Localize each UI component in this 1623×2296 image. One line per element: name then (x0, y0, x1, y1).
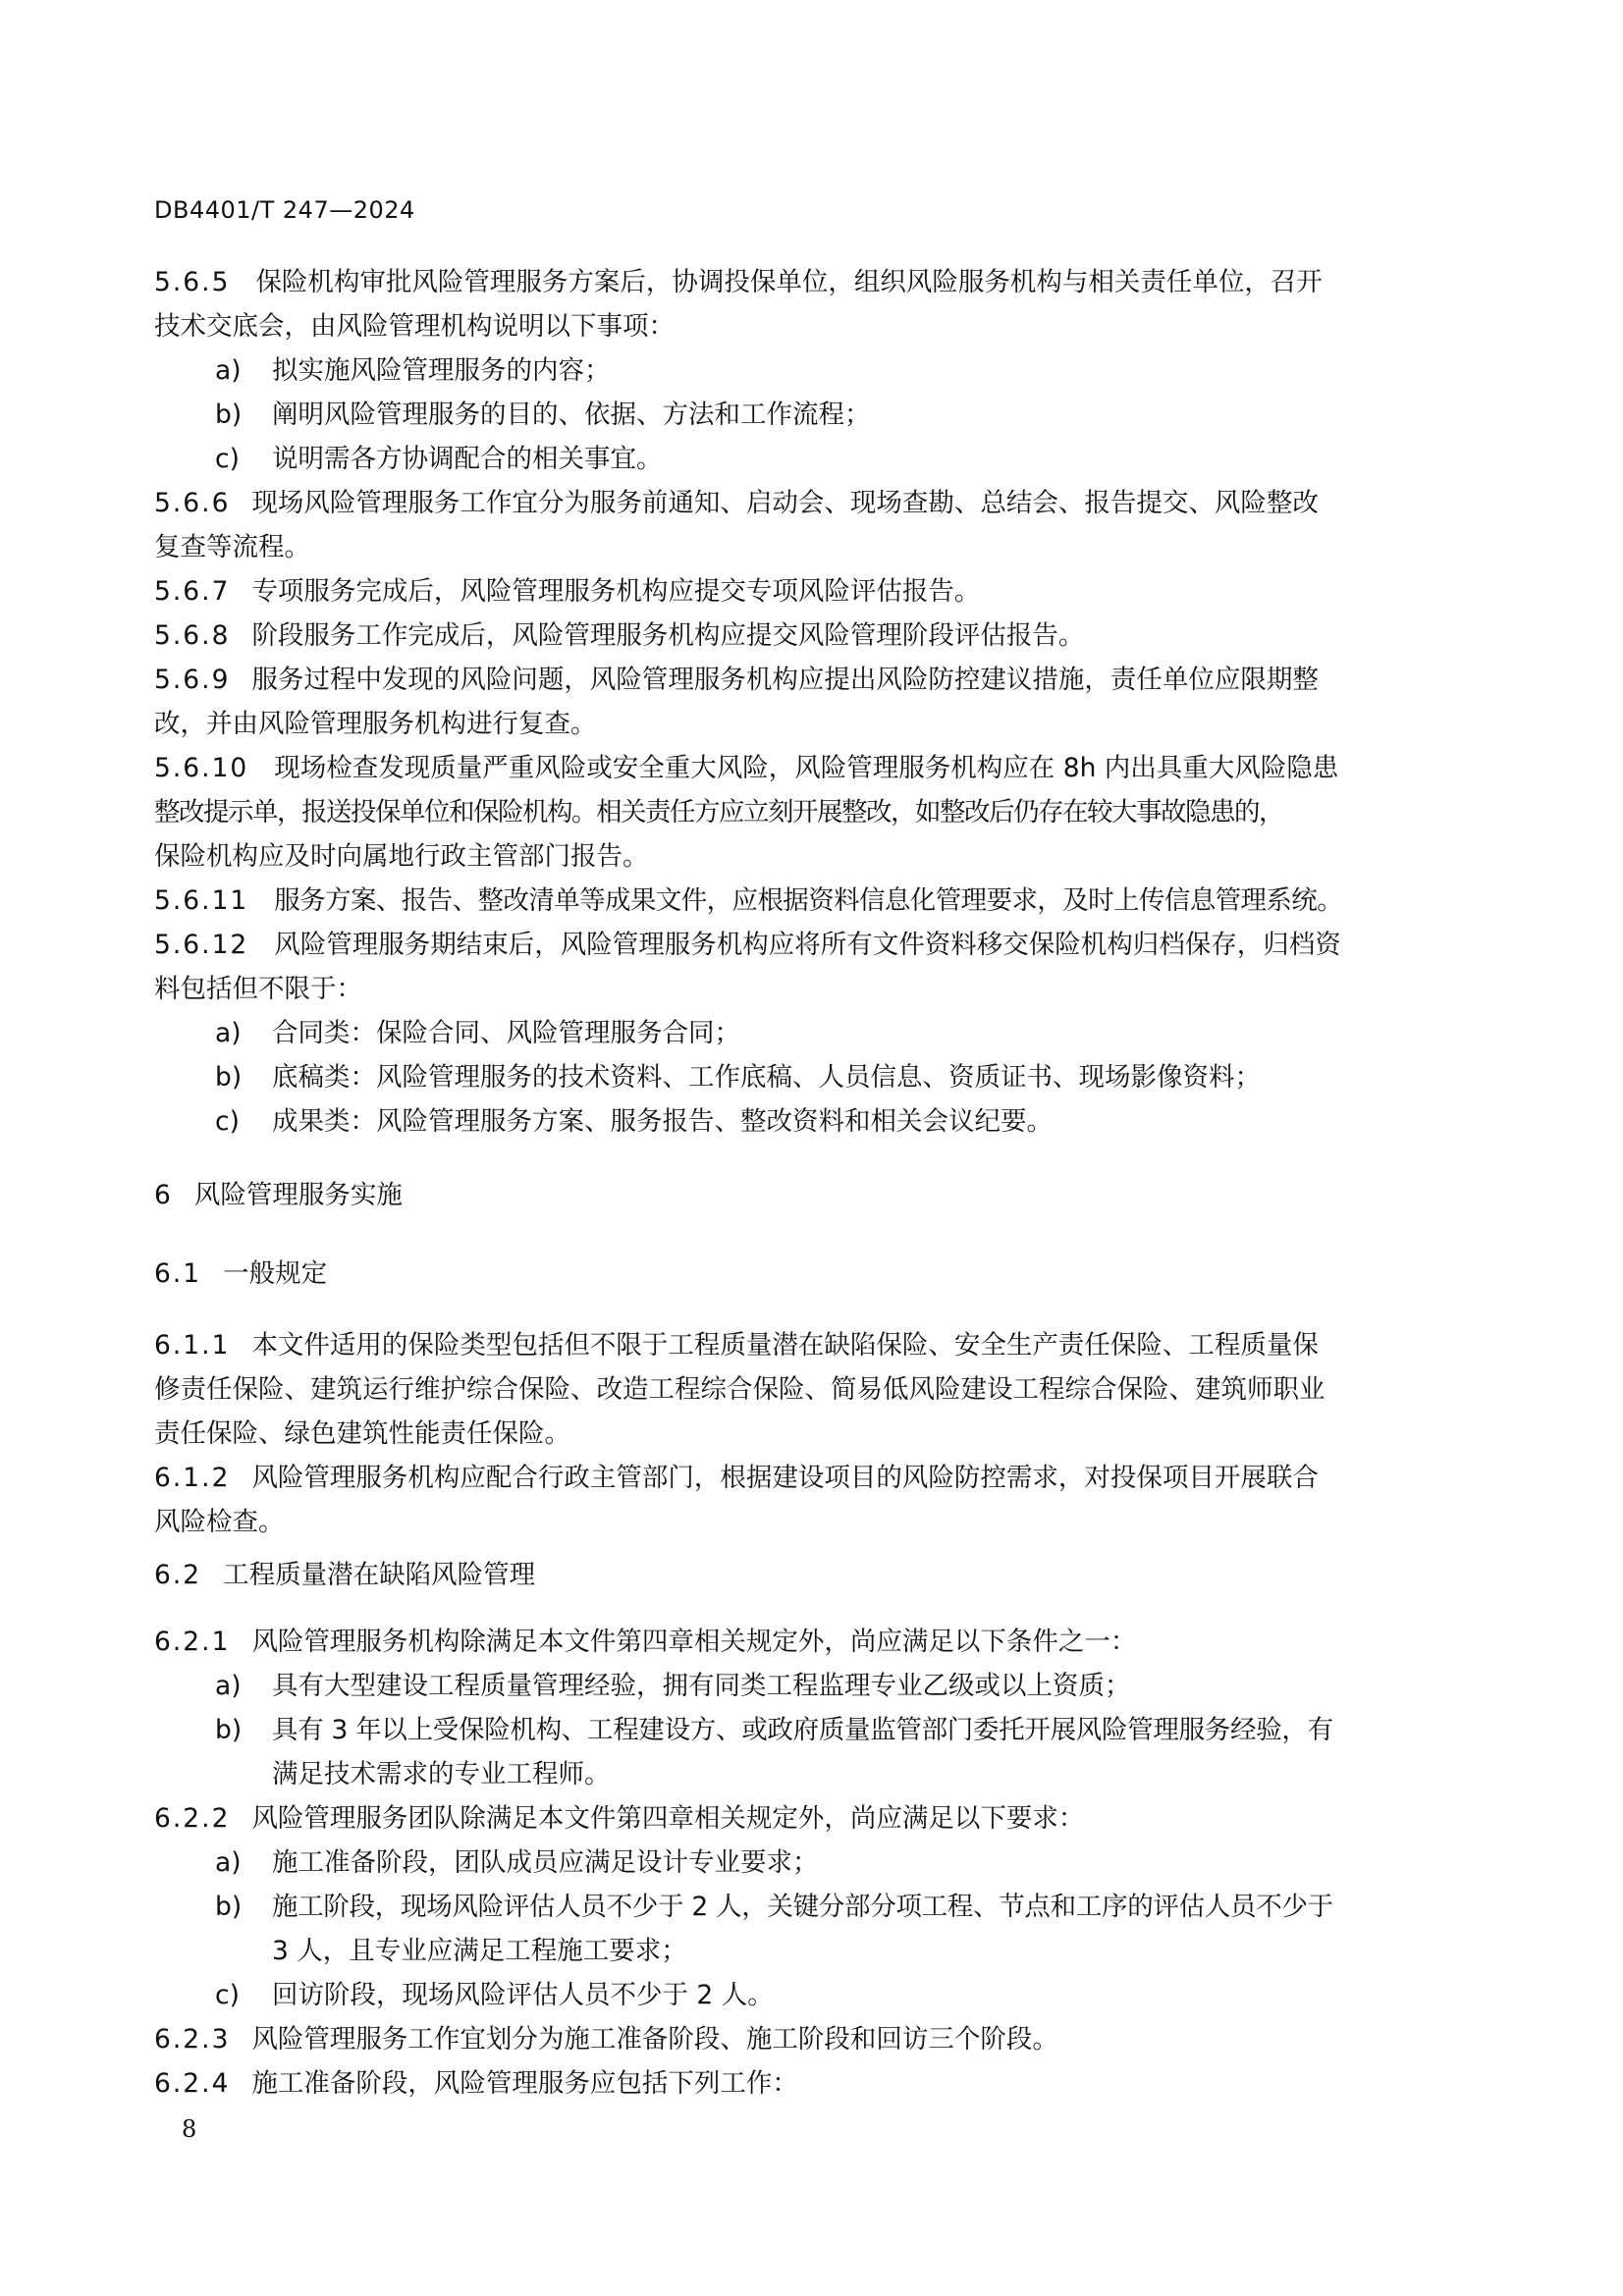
clause-text: 本文件适用的保险类型包括但不限于工程质量潜在缺陷保险、安全生产责任保险、工程质量… (251, 1330, 1319, 1361)
list-item: a)具有大型建设工程质量管理经验，拥有同类工程监理专业乙级或以上资质； (154, 1669, 1431, 1704)
list-item: a)合同类：保险合同、风险管理服务合同； (154, 1016, 1431, 1051)
clause-6-2-1: 6.2.1风险管理服务机构除满足本文件第四章相关规定外，尚应满足以下条件之一： (154, 1625, 1136, 1660)
clause-text: 保险机构审批风险管理服务方案后，协调投保单位，组织风险服务机构与相关责任单位，召… (255, 267, 1323, 297)
clause-number: 5.6.8 (154, 618, 230, 654)
clause-5-6-5: 5.6.5保险机构审批风险管理服务方案后，协调投保单位，组织风险服务机构与相关责… (154, 265, 1323, 300)
clause-text: 风险管理服务期结束后，风险管理服务机构应将所有文件资料移交保险机构归档保存，归档… (274, 930, 1341, 960)
clause-5-6-6: 5.6.6现场风险管理服务工作宜分为服务前通知、启动会、现场查勘、总结会、报告提… (154, 486, 1319, 521)
list-item: b)施工阶段，现场风险评估人员不少于 2 人，关键分部分项工程、节点和工序的评估… (154, 1890, 1431, 1925)
clause-continuation: 复查等流程。 (154, 530, 310, 565)
clause-6-2-3: 6.2.3风险管理服务工作宜划分为施工准备阶段、施工阶段和回访三个阶段。 (154, 2022, 1058, 2057)
list-item-continuation: 满足技术需求的专业工程师。 (272, 1757, 611, 1792)
clause-text: 现场检查发现质量严重风险或安全重大风险，风险管理服务机构应在 8h 内出具重大风… (274, 753, 1338, 783)
clause-number: 6.2.4 (154, 2066, 230, 2102)
clause-text: 施工准备阶段，风险管理服务应包括下列工作： (251, 2068, 798, 2099)
page-number: 8 (182, 2115, 196, 2143)
clause-6-1-1: 6.1.1本文件适用的保险类型包括但不限于工程质量潜在缺陷保险、安全生产责任保险… (154, 1328, 1319, 1363)
clause-5-6-7: 5.6.7专项服务完成后，风险管理服务机构应提交专项风险评估报告。 (154, 574, 980, 610)
clause-text: 阶段服务工作完成后，风险管理服务机构应提交风险管理阶段评估报告。 (251, 620, 1084, 651)
section-heading-6-1: 6.1一般规定 (154, 1256, 327, 1292)
clause-number: 5.6.5 (154, 265, 230, 300)
clause-6-1-2: 6.1.2风险管理服务机构应配合行政主管部门，根据建设项目的风险防控需求，对投保… (154, 1461, 1319, 1496)
clause-text: 风险管理服务机构除满足本文件第四章相关规定外，尚应满足以下条件之一： (251, 1627, 1136, 1657)
list-item: b)具有 3 年以上受保险机构、工程建设方、或政府质量监管部门委托开展风险管理服… (154, 1713, 1431, 1748)
clause-text: 现场风险管理服务工作宜分为服务前通知、启动会、现场查勘、总结会、报告提交、风险整… (251, 488, 1319, 518)
clause-number: 5.6.7 (154, 574, 230, 610)
clause-number: 5.6.6 (154, 486, 230, 521)
document-header-id: DB4401/T 247—2024 (154, 196, 415, 224)
section-heading-6: 6风险管理服务实施 (154, 1178, 403, 1213)
clause-number: 6.2.1 (154, 1625, 230, 1660)
clause-continuation: 技术交底会，由风险管理机构说明以下事项： (154, 309, 675, 345)
clause-continuation: 改，并由风险管理服务机构进行复查。 (154, 707, 597, 742)
clause-5-6-8: 5.6.8阶段服务工作完成后，风险管理服务机构应提交风险管理阶段评估报告。 (154, 618, 1084, 654)
clause-number: 6.2.3 (154, 2022, 230, 2057)
list-item: b)底稿类：风险管理服务的技术资料、工作底稿、人员信息、资质证书、现场影像资料； (154, 1060, 1431, 1095)
clause-text: 服务过程中发现的风险问题，风险管理服务机构应提出风险防控建议措施，责任单位应限期… (251, 665, 1319, 695)
clause-number: 6.1.1 (154, 1328, 230, 1363)
clause-5-6-11: 5.6.11服务方案、报告、整改清单等成果文件，应根据资料信息化管理要求，及时上… (154, 883, 1342, 919)
clause-continuation: 修责任保险、建筑运行维护综合保险、改造工程综合保险、简易低风险建设工程综合保险、… (154, 1372, 1325, 1408)
clause-text: 专项服务完成后，风险管理服务机构应提交专项风险评估报告。 (251, 576, 980, 607)
list-item: a)拟实施风险管理服务的内容； (154, 353, 1431, 389)
clause-number: 6.2.2 (154, 1801, 230, 1837)
clause-continuation: 风险检查。 (154, 1505, 285, 1540)
clause-number: 6.1.2 (154, 1461, 230, 1496)
section-heading-6-2: 6.2工程质量潜在缺陷风险管理 (154, 1558, 535, 1593)
clause-number: 5.6.12 (154, 928, 248, 963)
clause-number: 5.6.11 (154, 883, 248, 919)
clause-continuation: 责任保险、绿色建筑性能责任保险。 (154, 1416, 570, 1452)
list-item: c)说明需各方协调配合的相关事宜。 (154, 442, 1431, 477)
list-item: a)施工准备阶段，团队成员应满足设计专业要求； (154, 1845, 1431, 1881)
clause-text: 风险管理服务工作宜划分为施工准备阶段、施工阶段和回访三个阶段。 (251, 2024, 1058, 2055)
clause-5-6-12: 5.6.12风险管理服务期结束后，风险管理服务机构应将所有文件资料移交保险机构归… (154, 928, 1341, 963)
clause-6-2-4: 6.2.4施工准备阶段，风险管理服务应包括下列工作： (154, 2066, 798, 2102)
clause-number: 5.6.10 (154, 751, 248, 786)
clause-continuation: 整改提示单，报送投保单位和保险机构。相关责任方应立刻开展整改，如整改后仍存在较大… (154, 795, 1283, 830)
clause-text: 风险管理服务团队除满足本文件第四章相关规定外，尚应满足以下要求： (251, 1803, 1084, 1834)
list-item-continuation: 3 人，且专业应满足工程施工要求； (272, 1934, 687, 1969)
clause-text: 服务方案、报告、整改清单等成果文件，应根据资料信息化管理要求，及时上传信息管理系… (274, 885, 1342, 916)
clause-6-2-2: 6.2.2风险管理服务团队除满足本文件第四章相关规定外，尚应满足以下要求： (154, 1801, 1084, 1837)
clause-continuation: 保险机构应及时向属地行政主管部门报告。 (154, 839, 649, 875)
list-item: c)成果类：风险管理服务方案、服务报告、整改资料和相关会议纪要。 (154, 1104, 1431, 1140)
list-item: b)阐明风险管理服务的目的、依据、方法和工作流程； (154, 398, 1431, 433)
clause-continuation: 料包括但不限于： (154, 972, 362, 1007)
clause-5-6-9: 5.6.9服务过程中发现的风险问题，风险管理服务机构应提出风险防控建议措施，责任… (154, 663, 1319, 698)
clause-number: 5.6.9 (154, 663, 230, 698)
list-item: c)回访阶段，现场风险评估人员不少于 2 人。 (154, 1978, 1431, 2013)
clause-text: 风险管理服务机构应配合行政主管部门，根据建设项目的风险防控需求，对投保项目开展联… (251, 1463, 1319, 1493)
clause-5-6-10: 5.6.10现场检查发现质量严重风险或安全重大风险，风险管理服务机构应在 8h … (154, 751, 1338, 786)
